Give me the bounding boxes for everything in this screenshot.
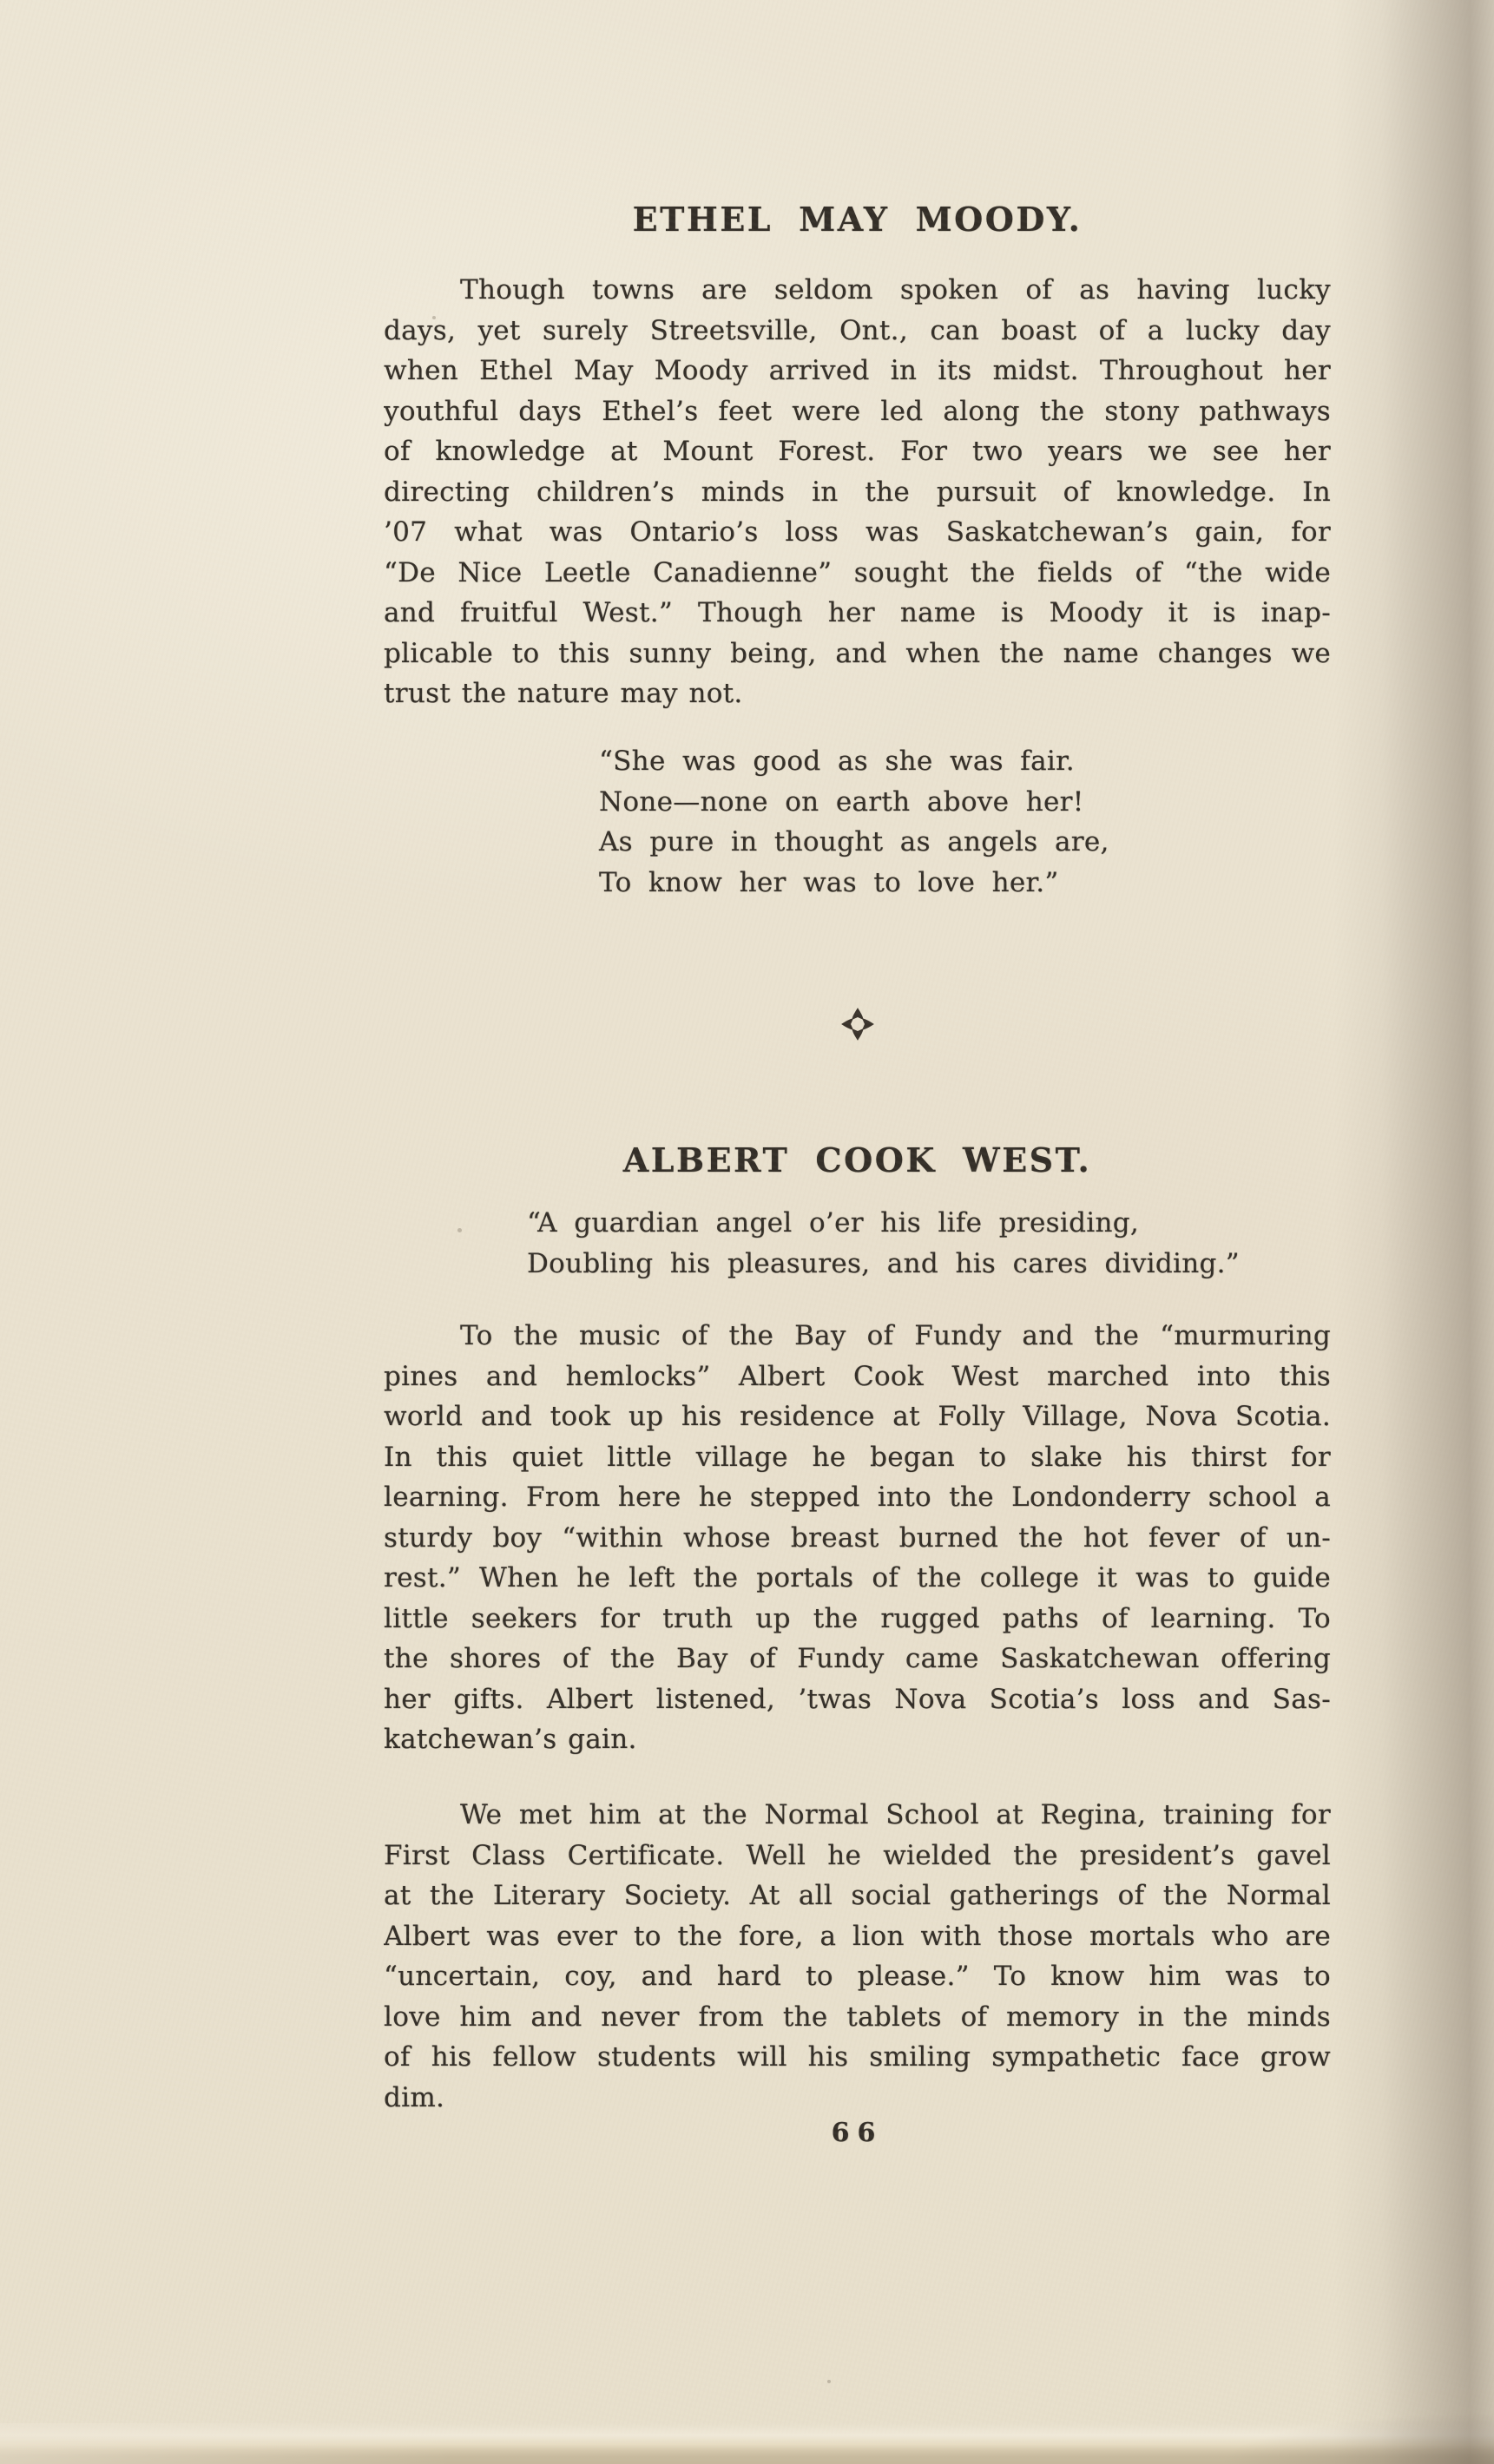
text-line: dim. bbox=[384, 2078, 1331, 2119]
book-page-scan: ETHEL MAY MOODY. Though towns are seldom… bbox=[0, 0, 1494, 2464]
text-line: “uncertain, coy, and hard to please.” To… bbox=[384, 1956, 1331, 1997]
paragraph-ethel: Though towns are seldom spoken of as hav… bbox=[384, 270, 1331, 714]
text-line: First Class Certificate. Well he wielded… bbox=[384, 1836, 1331, 1876]
text-line: rest.” When he left the portals of the c… bbox=[384, 1558, 1331, 1599]
poem-line: “She was good as she was fair. bbox=[599, 741, 1109, 782]
entry-heading-albert-cook-west: ALBERT COOK WEST. bbox=[384, 1141, 1331, 1181]
text-line: plicable to this sunny being, and when t… bbox=[384, 634, 1331, 674]
text-line: trust the nature may not. bbox=[384, 673, 1331, 714]
paragraph-albert-2: We met him at the Normal School at Regin… bbox=[384, 1795, 1331, 2118]
text-line: the shores of the Bay of Fundy came Sask… bbox=[384, 1639, 1331, 1679]
poem-line: Doubling his pleasures, and his cares di… bbox=[527, 1244, 1240, 1285]
page-bottom-edge-highlight bbox=[0, 2423, 451, 2464]
epigraph-albert: “A guardian angel o’er his life presidin… bbox=[527, 1203, 1240, 1284]
paper-speck bbox=[827, 2380, 831, 2383]
text-line: at the Literary Society. At all social g… bbox=[384, 1876, 1331, 1916]
text-line: and fruitful West.” Though her name is M… bbox=[384, 593, 1331, 634]
text-line: world and took up his residence at Folly… bbox=[384, 1396, 1331, 1437]
page-bottom-deckle-edge bbox=[0, 2423, 1494, 2464]
paper-speck bbox=[432, 316, 436, 319]
text-line: We met him at the Normal School at Regin… bbox=[384, 1795, 1331, 1836]
text-line: Though towns are seldom spoken of as hav… bbox=[384, 270, 1331, 311]
poem-line: “A guardian angel o’er his life presidin… bbox=[527, 1203, 1240, 1244]
poem-line: As pure in thought as angels are, bbox=[599, 822, 1109, 863]
text-line: youthful days Ethel’s feet were led alon… bbox=[384, 391, 1331, 432]
gutter-shadow bbox=[1333, 0, 1494, 2464]
entry-heading-ethel-may-moody: ETHEL MAY MOODY. bbox=[384, 200, 1331, 240]
floral-cross-ornament-icon bbox=[839, 1006, 876, 1042]
paper-speck bbox=[1083, 1265, 1086, 1269]
text-line: In this quiet little village he began to… bbox=[384, 1437, 1331, 1478]
text-line: learning. From here he stepped into the … bbox=[384, 1477, 1331, 1518]
text-line: pines and hemlocks” Albert Cook West mar… bbox=[384, 1357, 1331, 1397]
bottom-right-corner-shadow bbox=[1216, 2391, 1494, 2464]
text-line: when Ethel May Moody arrived in its mids… bbox=[384, 351, 1331, 391]
text-line: sturdy boy “within whose breast burned t… bbox=[384, 1518, 1331, 1559]
poem-line: None—none on earth above her! bbox=[599, 782, 1109, 823]
text-line: of knowledge at Mount Forest. For two ye… bbox=[384, 431, 1331, 472]
poem-line: To know her was to love her.” bbox=[599, 863, 1109, 903]
paper-speck bbox=[457, 1228, 462, 1232]
text-line: love him and never from the tablets of m… bbox=[384, 1997, 1331, 2038]
text-line: “De Nice Leetle Canadienne” sought the f… bbox=[384, 553, 1331, 594]
paragraph-albert-1: To the music of the Bay of Fundy and the… bbox=[384, 1316, 1331, 1760]
page-number: 66 bbox=[384, 2119, 1331, 2148]
section-divider bbox=[384, 1006, 1331, 1044]
text-line: To the music of the Bay of Fundy and the… bbox=[384, 1316, 1331, 1357]
text-line: katchewan’s gain. bbox=[384, 1719, 1331, 1760]
text-line: Albert was ever to the fore, a lion with… bbox=[384, 1916, 1331, 1957]
text-line: little seekers for truth up the rugged p… bbox=[384, 1599, 1331, 1639]
text-line: ’07 what was Ontario’s loss was Saskatch… bbox=[384, 512, 1331, 553]
text-line: of his fellow students will his smiling … bbox=[384, 2037, 1331, 2078]
text-line: her gifts. Albert listened, ’twas Nova S… bbox=[384, 1679, 1331, 1720]
poem-ethel: “She was good as she was fair. None—none… bbox=[599, 741, 1109, 903]
text-line: directing children’s minds in the pursui… bbox=[384, 472, 1331, 513]
text-line: days, yet surely Streetsville, Ont., can… bbox=[384, 311, 1331, 352]
